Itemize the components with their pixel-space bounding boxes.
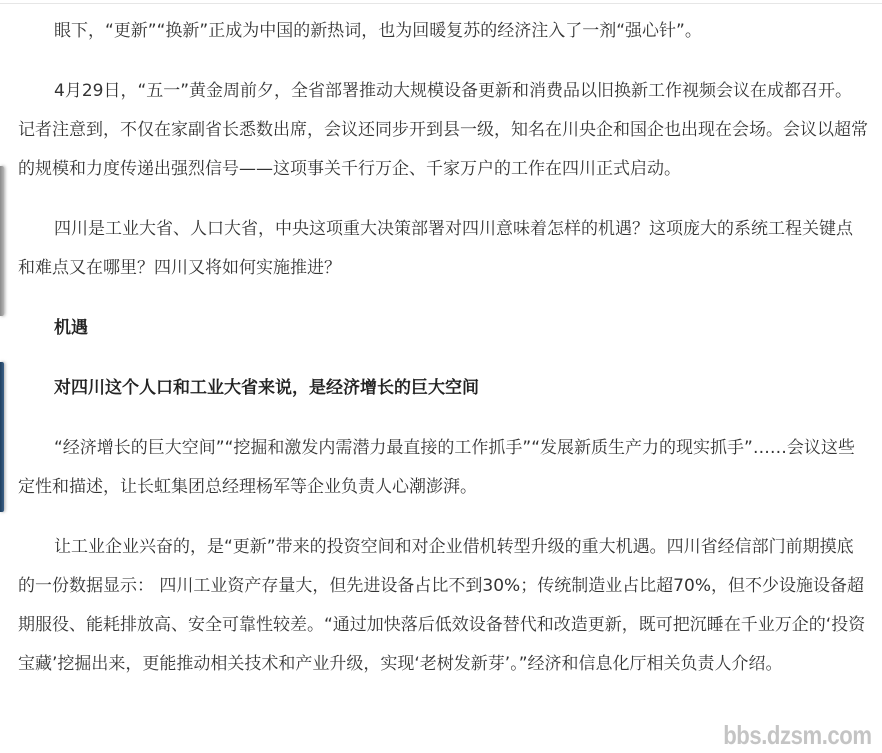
paragraph-industry-data: 让工业企业兴奋的，是“更新”带来的投资空间和对企业借机转型升级的重大机遇。四川省…: [18, 528, 868, 684]
section-heading-opportunity: 机遇: [18, 309, 868, 348]
side-scroll-tab-gray[interactable]: [0, 166, 4, 316]
top-divider: [0, 3, 882, 4]
paragraph-quotes: “经济增长的巨大空间”“挖掘和激发内需潜力最直接的工作抓手”“发展新质生产力的现…: [18, 429, 868, 507]
paragraph-meeting: 4月29日，“五一”黄金周前夕，全省部署推动大规模设备更新和消费品以旧换新工作视…: [18, 72, 868, 189]
paragraph-intro: 眼下，“更新”“换新”正成为中国的新热词，也为回暖复苏的经济注入了一剂“强心针”…: [18, 12, 868, 51]
paragraph-questions: 四川是工业大省、人口大省，中央这项重大决策部署对四川意味着怎样的机遇？这项庞大的…: [18, 210, 868, 288]
side-scroll-tab-blue[interactable]: [0, 362, 4, 512]
section-subheading: 对四川这个人口和工业大省来说，是经济增长的巨大空间: [18, 369, 868, 408]
site-watermark: bbs.dzsm.com: [724, 720, 872, 751]
article-body: 眼下，“更新”“换新”正成为中国的新热词，也为回暖复苏的经济注入了一剂“强心针”…: [18, 12, 868, 705]
